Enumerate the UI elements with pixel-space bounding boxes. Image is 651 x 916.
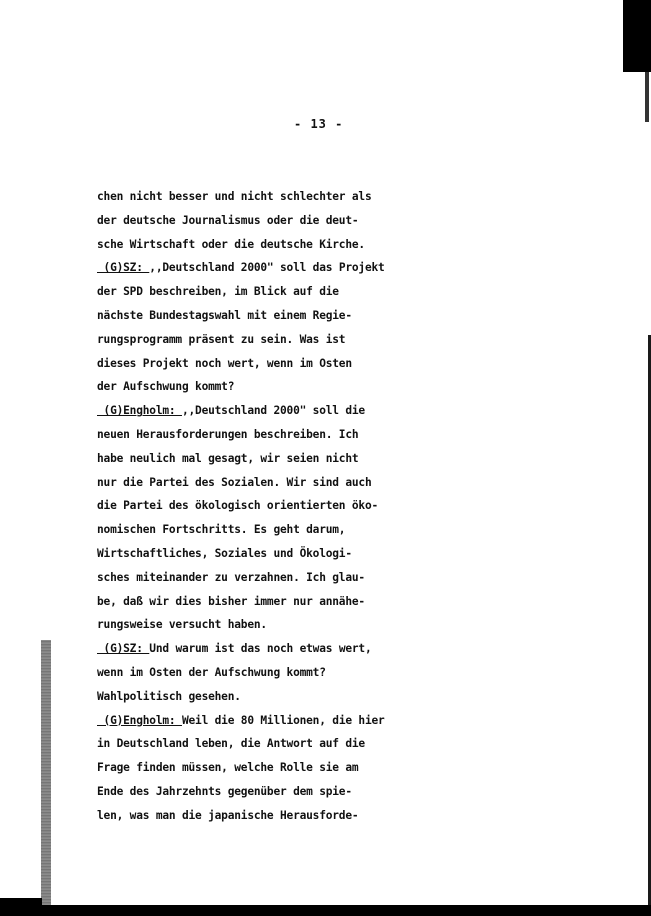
text-line: habe neulich mal gesagt, wir seien nicht [97,447,397,471]
text-line: (G)SZ: Und warum ist das noch etwas wert… [97,637,397,661]
text-line: (G)Engholm: Weil die 80 Millionen, die h… [97,709,397,733]
scan-bottom-edge [0,905,651,916]
text-line: dieses Projekt noch wert, wenn im Osten [97,352,397,376]
text-line: Wahlpolitisch gesehen. [97,685,397,709]
text-line: Wirtschaftliches, Soziales und Ökologi- [97,542,397,566]
line-text: rungsweise versucht haben. [97,618,267,631]
line-text: Ende des Jahrzehnts gegenüber dem spie- [97,785,352,798]
scan-edge-shadow [623,0,651,72]
text-line: Ende des Jahrzehnts gegenüber dem spie- [97,780,397,804]
text-line: nomischen Fortschritts. Es geht darum, [97,518,397,542]
text-line: neuen Herausforderungen beschreiben. Ich [97,423,397,447]
speaker-label: (G)SZ: [97,261,149,274]
page-number: - 13 - [294,117,343,131]
text-line: in Deutschland leben, die Antwort auf di… [97,732,397,756]
text-line: wenn im Osten der Aufschwung kommt? [97,661,397,685]
text-line: rungsweise versucht haben. [97,613,397,637]
scanned-page: - 13 - chen nicht besser und nicht schle… [0,0,651,916]
text-line: der Aufschwung kommt? [97,375,397,399]
text-line: chen nicht besser und nicht schlechter a… [97,185,397,209]
text-line: (G)SZ: ,,Deutschland 2000" soll das Proj… [97,256,397,280]
line-text: nur die Partei des Sozialen. Wir sind au… [97,476,372,489]
text-line: be, daß wir dies bisher immer nur annähe… [97,590,397,614]
line-text: Wahlpolitisch gesehen. [97,690,241,703]
speaker-label: (G)Engholm: [97,714,182,727]
line-text: in Deutschland leben, die Antwort auf di… [97,737,365,750]
text-line: sche Wirtschaft oder die deutsche Kirche… [97,233,397,257]
line-text: Und warum ist das noch etwas wert, [149,642,371,655]
line-text: der SPD beschreiben, im Blick auf die [97,285,339,298]
line-text: der Aufschwung kommt? [97,380,234,393]
line-text: rungsprogramm präsent zu sein. Was ist [97,333,345,346]
line-text: len, was man die japanische Herausforde- [97,809,358,822]
line-text: Weil die 80 Millionen, die hier [182,714,385,727]
line-text: habe neulich mal gesagt, wir seien nicht [97,452,358,465]
text-line: der deutsche Journalismus oder die deut- [97,209,397,233]
text-line: len, was man die japanische Herausforde- [97,804,397,828]
interview-text: chen nicht besser und nicht schlechter a… [97,185,397,828]
text-line: nächste Bundestagswahl mit einem Regie- [97,304,397,328]
line-text: neuen Herausforderungen beschreiben. Ich [97,428,358,441]
line-text: sches miteinander zu verzahnen. Ich glau… [97,571,365,584]
text-line: (G)Engholm: ,,Deutschland 2000" soll die [97,399,397,423]
line-text: dieses Projekt noch wert, wenn im Osten [97,357,352,370]
text-line: rungsprogramm präsent zu sein. Was ist [97,328,397,352]
text-line: nur die Partei des Sozialen. Wir sind au… [97,471,397,495]
text-line: der SPD beschreiben, im Blick auf die [97,280,397,304]
line-text: chen nicht besser und nicht schlechter a… [97,190,372,203]
line-text: Wirtschaftliches, Soziales und Ökologi- [97,547,352,560]
text-line: die Partei des ökologisch orientierten ö… [97,494,397,518]
line-text: be, daß wir dies bisher immer nur annähe… [97,595,365,608]
speaker-label: (G)Engholm: [97,404,182,417]
line-text: nomischen Fortschritts. Es geht darum, [97,523,345,536]
line-text: ,,Deutschland 2000" soll die [182,404,365,417]
text-line: Frage finden müssen, welche Rolle sie am [97,756,397,780]
line-text: der deutsche Journalismus oder die deut- [97,214,358,227]
text-line: sches miteinander zu verzahnen. Ich glau… [97,566,397,590]
line-text: ,,Deutschland 2000" soll das Projekt [149,261,384,274]
line-text: die Partei des ökologisch orientierten ö… [97,499,378,512]
line-text: Frage finden müssen, welche Rolle sie am [97,761,358,774]
speaker-label: (G)SZ: [97,642,149,655]
line-text: wenn im Osten der Aufschwung kommt? [97,666,326,679]
line-text: sche Wirtschaft oder die deutsche Kirche… [97,238,365,251]
scan-edge-shadow [645,72,649,122]
scan-binding-noise [41,640,51,905]
line-text: nächste Bundestagswahl mit einem Regie- [97,309,352,322]
